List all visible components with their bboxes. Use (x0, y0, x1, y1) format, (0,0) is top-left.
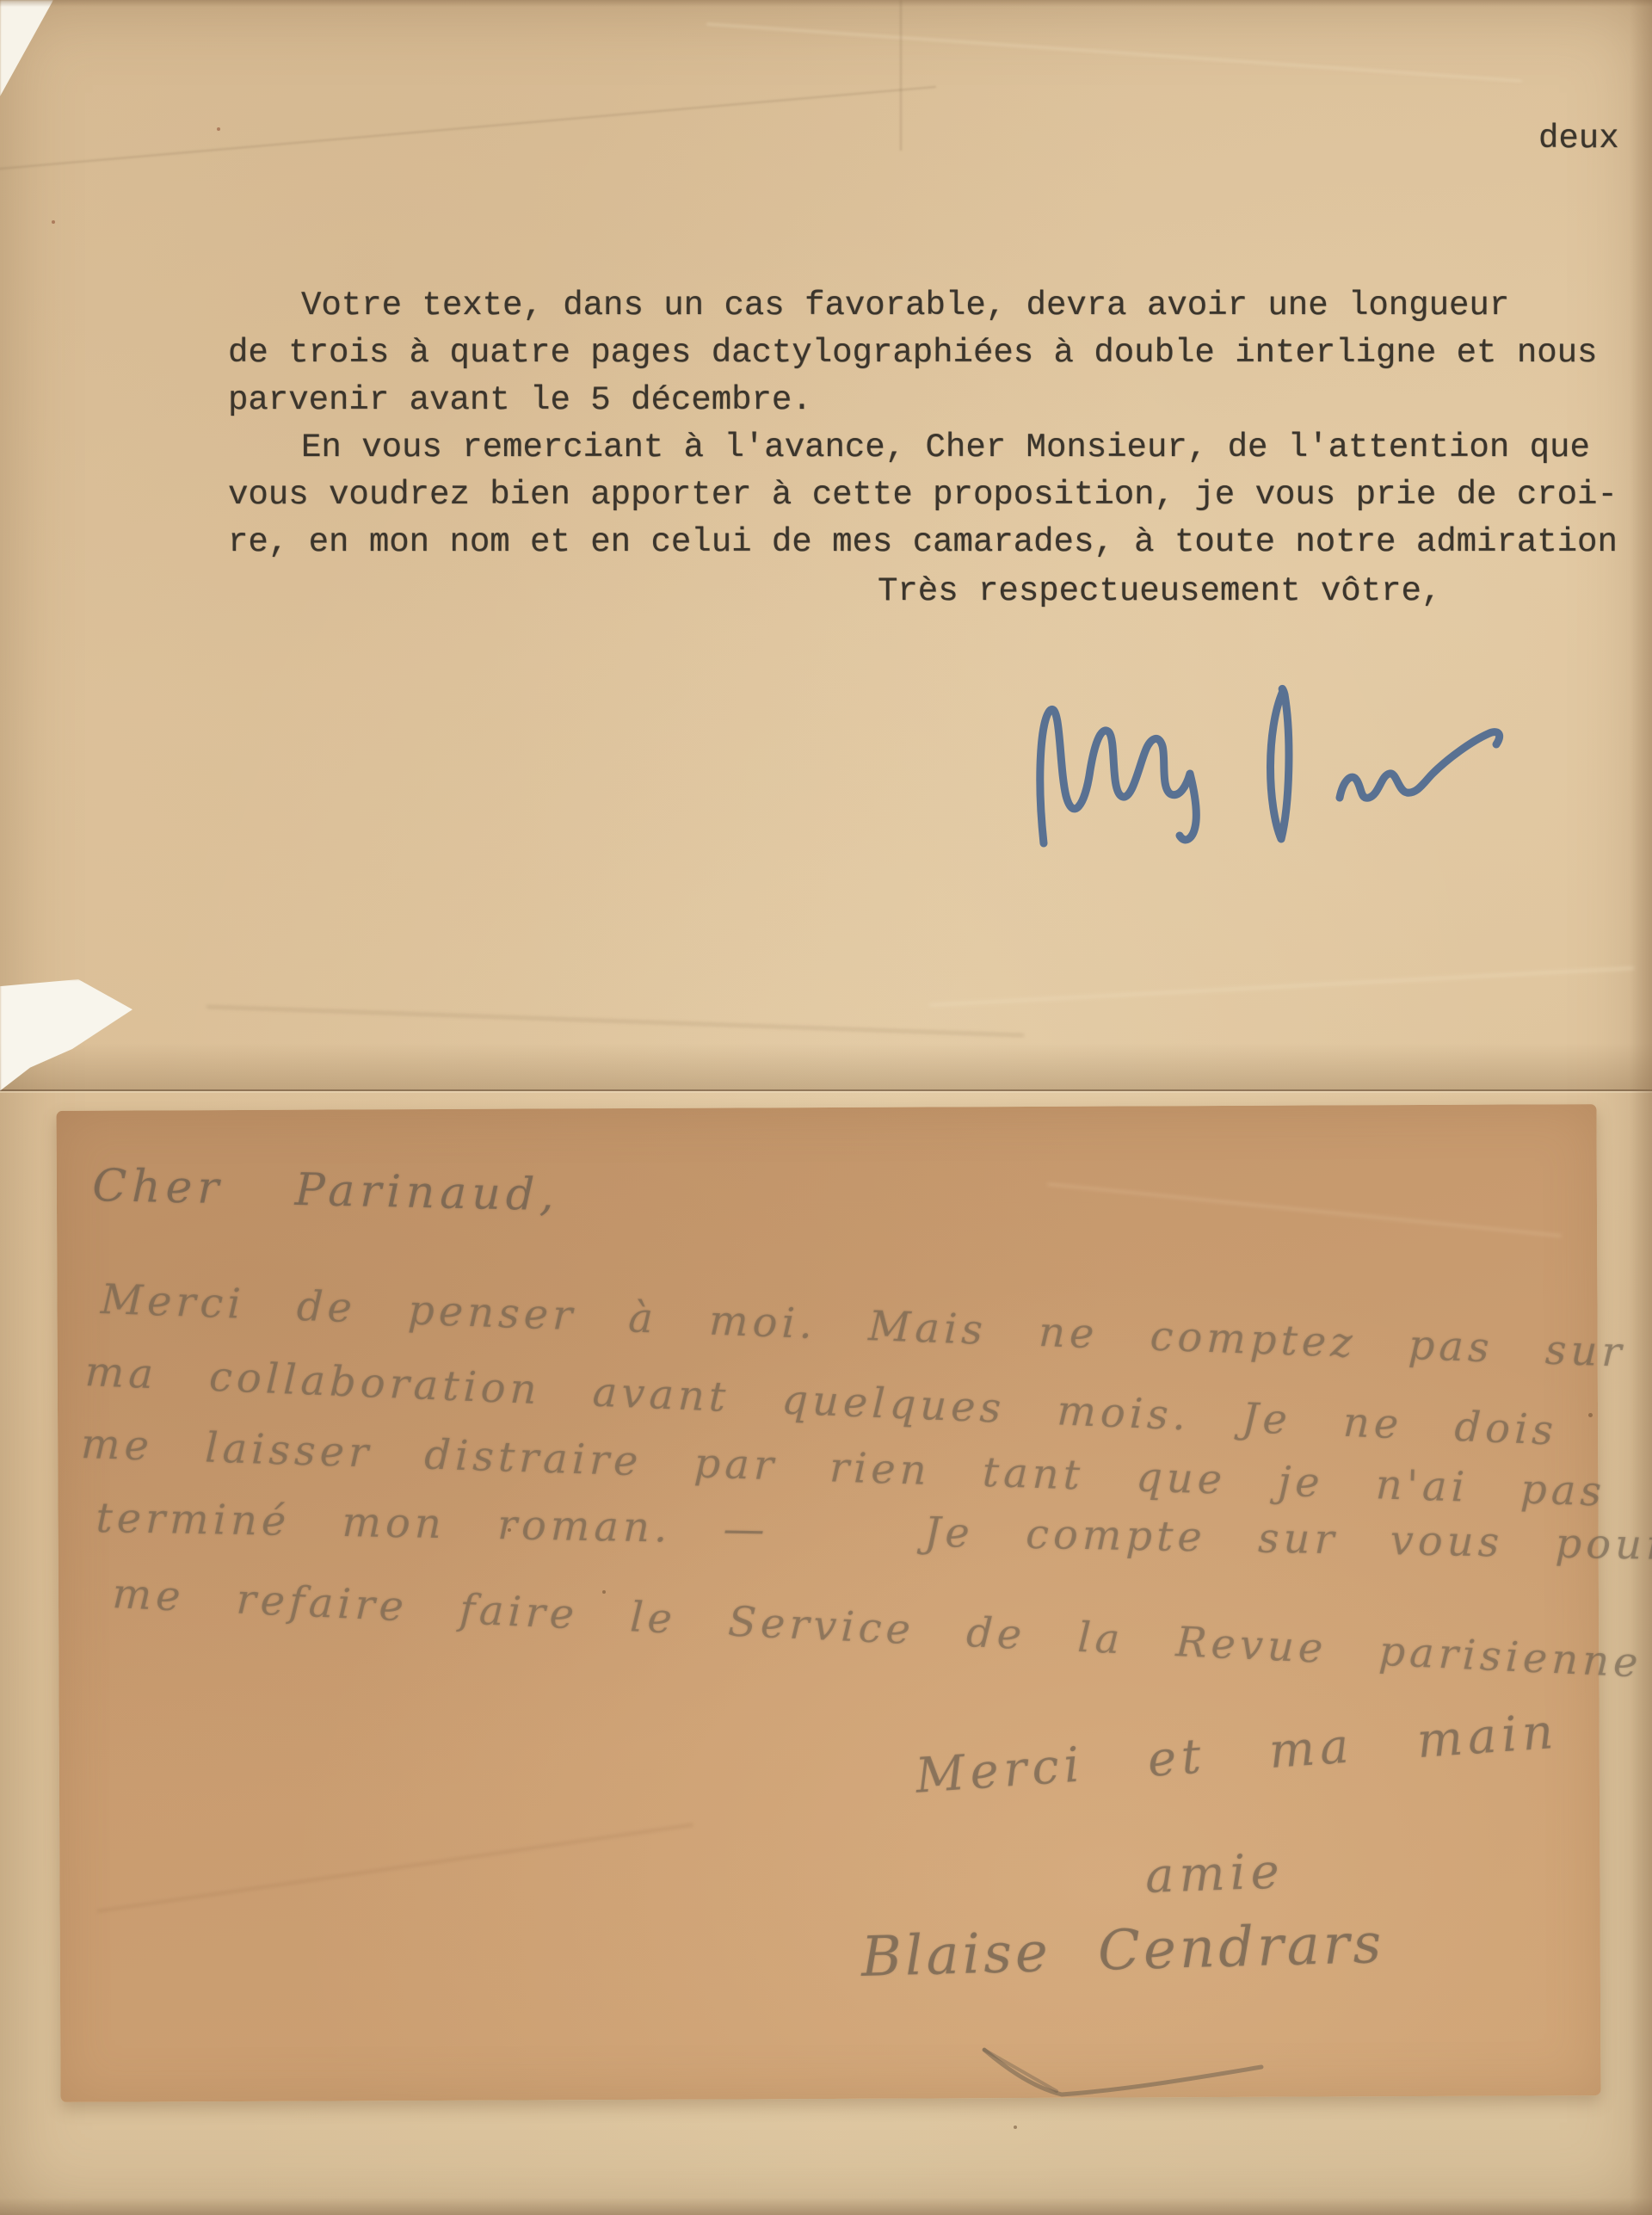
dust-speck (217, 127, 220, 131)
paper-crease (900, 0, 902, 151)
typed-line: En vous remerciant à l'avance, Cher Mons… (301, 431, 1590, 465)
note-closing-line: amie (1144, 1843, 1285, 1904)
fold-line (0, 1089, 1652, 1091)
signature-flourish (972, 2041, 1282, 2123)
complimentary-close: Très respectueusement vôtre, (878, 575, 1441, 608)
dust-speck (508, 1528, 511, 1532)
typed-line: re, en mon nom et en celui de mes camara… (228, 526, 1618, 559)
paper-crease (929, 967, 1634, 1007)
typed-line: vous voudrez bien apporter à cette propo… (228, 478, 1618, 512)
note-salutation: Cher Parinaud, (92, 1160, 560, 1221)
scan-edge (0, 0, 1652, 7)
paper-crease (97, 1823, 693, 1912)
paper-crease (206, 1005, 1024, 1036)
dust-speck (1014, 2126, 1017, 2129)
fold-shadow (0, 1043, 1652, 1089)
typed-line: Votre texte, dans un cas favorable, devr… (301, 289, 1509, 323)
blue-ink-signature (1020, 667, 1519, 865)
paper-crease (1047, 1183, 1561, 1237)
page-number: deux (1538, 122, 1619, 156)
scanned-letter-page: deux Votre texte, dans un cas favorable,… (0, 0, 1652, 2215)
torn-edge (0, 0, 53, 96)
scan-edge (0, 2198, 1652, 2215)
dust-speck (52, 220, 55, 224)
scan-edge (1630, 0, 1652, 2215)
typed-line: de trois à quatre pages dactylographiées… (228, 336, 1597, 370)
paper-crease (706, 23, 1522, 82)
dust-speck (1588, 1413, 1593, 1417)
typed-line: parvenir avant le 5 décembre. (228, 384, 812, 417)
paper-crease (0, 86, 936, 174)
dust-speck (602, 1590, 606, 1594)
